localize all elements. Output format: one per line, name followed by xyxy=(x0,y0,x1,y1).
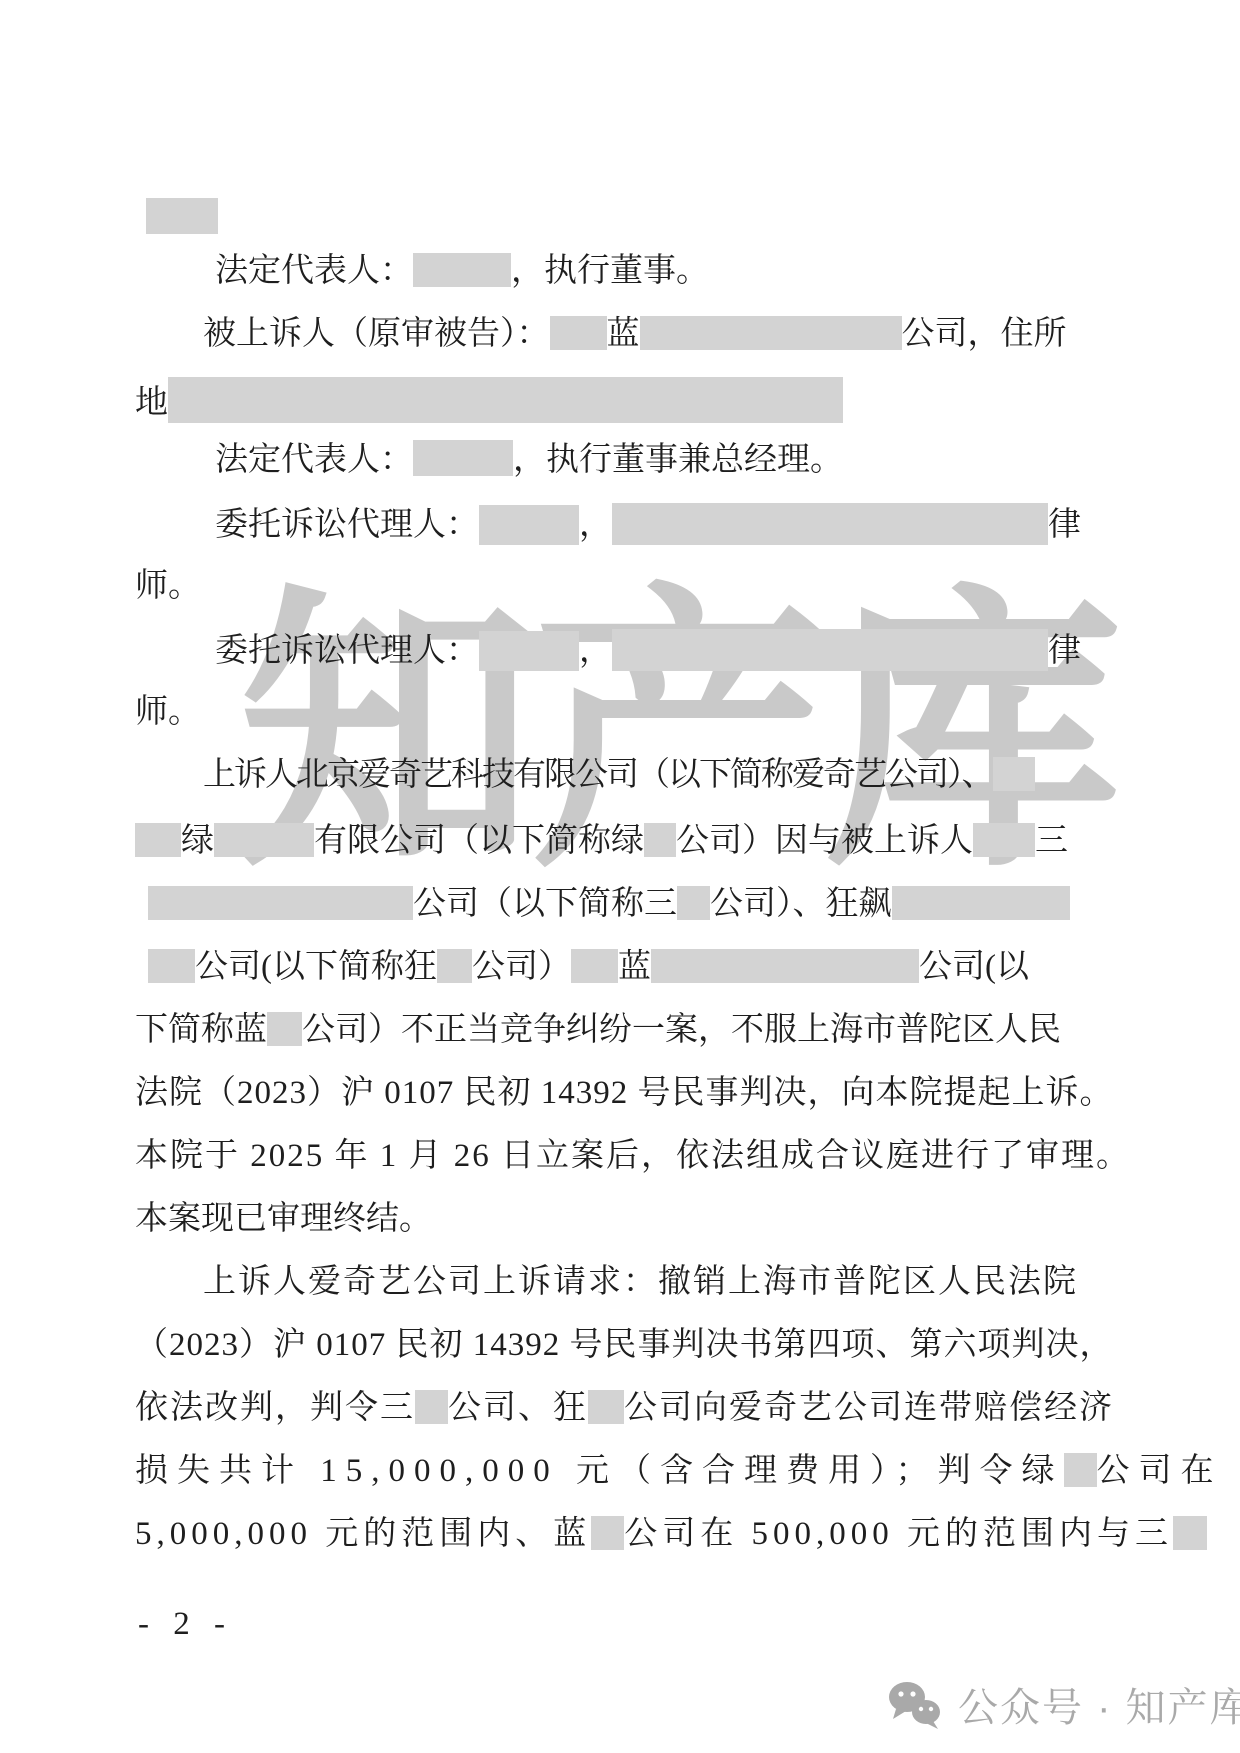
text-line: 公司（以下简称三公司）、狂飙 xyxy=(148,884,1070,924)
redaction-block xyxy=(644,823,676,857)
text-run: 师。 xyxy=(135,568,201,604)
text-line: 法定代表人：，执行董事。 xyxy=(215,251,709,291)
redaction-block xyxy=(1173,1516,1207,1550)
text-run: ，执行董事兼总经理。 xyxy=(513,442,843,478)
redaction-block xyxy=(267,1012,302,1046)
redaction-block xyxy=(1064,1453,1097,1487)
text-line: 被上诉人（原审被告）：蓝公司，住所 xyxy=(203,314,1067,354)
redaction-block xyxy=(413,440,513,476)
text-run: 律 xyxy=(1048,507,1081,543)
text-run: 公司向爱奇艺公司连带赔偿经济 xyxy=(624,1390,1114,1426)
text-run: 下简称蓝 xyxy=(135,1012,267,1048)
redaction-block xyxy=(415,1390,448,1424)
text-run: 公司在 xyxy=(1097,1453,1223,1489)
redaction-block xyxy=(588,1390,624,1424)
text-line: 委托诉讼代理人：，律 xyxy=(215,629,1081,671)
text-run: 有限公司（以下简称绿 xyxy=(314,823,644,859)
text-run: 公司（以下简称三 xyxy=(413,886,677,922)
text-line: 本院于 2025 年 1 月 26 日立案后，依法组成合议庭进行了审理。 xyxy=(135,1136,1131,1176)
text-line: 上诉人北京爱奇艺科技有限公司（以下简称爱奇艺公司）、 xyxy=(203,755,1035,795)
text-run: 法定代表人： xyxy=(215,442,413,478)
text-line: 师。 xyxy=(135,692,201,732)
text-run: 委托诉讼代理人： xyxy=(215,507,479,543)
text-line: 师。 xyxy=(135,566,201,606)
text-run: （2023）沪 0107 民初 14392 号民事判决书第四项、第六项判决， xyxy=(135,1327,1114,1363)
text-run: 律 xyxy=(1048,633,1081,669)
text-run: 依法改判，判令三 xyxy=(135,1390,415,1426)
redaction-block xyxy=(640,316,902,350)
text-run: 公司）不正当竞争纠纷一案，不服上海市普陀区人民 xyxy=(302,1012,1061,1048)
text-run: 绿 xyxy=(181,823,214,859)
text-run: 三 xyxy=(1035,823,1068,859)
text-run: 公司，住所 xyxy=(902,316,1067,352)
redaction-block xyxy=(168,377,843,423)
text-run: 上诉人爱奇艺公司上诉请求：撤销上海市普陀区人民法院 xyxy=(203,1264,1078,1300)
redaction-block xyxy=(612,503,1048,545)
text-line: 依法改判，判令三公司、狂公司向爱奇艺公司连带赔偿经济 xyxy=(135,1388,1114,1428)
text-run: 法院（2023）沪 0107 民初 14392 号民事判决，向本院提起上诉。 xyxy=(135,1075,1114,1111)
text-run: ，执行董事。 xyxy=(511,253,709,289)
redaction-block xyxy=(146,198,218,234)
text-run: 委托诉讼代理人： xyxy=(215,633,479,669)
redaction-block xyxy=(135,823,181,857)
text-line: （2023）沪 0107 民初 14392 号民事判决书第四项、第六项判决， xyxy=(135,1325,1114,1365)
footer-brand: 公众号 · 知产库 xyxy=(886,1676,1240,1733)
redaction-block xyxy=(479,505,579,545)
text-run: 公司在 500,000 元的范围内与三 xyxy=(624,1516,1173,1552)
redaction-block xyxy=(571,949,618,983)
text-line: 下简称蓝公司）不正当竞争纠纷一案，不服上海市普陀区人民 xyxy=(135,1010,1061,1050)
text-line: 本案现已审理终结。 xyxy=(135,1199,432,1239)
footer-brand-label: 公众号 · 知产库 xyxy=(958,1676,1240,1733)
redaction-block xyxy=(973,823,1035,857)
page-number: - 2 - xyxy=(138,1606,233,1643)
text-line: 损失共计 15,000,000 元（含合理费用）；判令绿公司在 xyxy=(135,1451,1223,1491)
text-run: 法定代表人： xyxy=(215,253,413,289)
text-line: 公司(以下简称狂公司）蓝公司(以 xyxy=(148,947,1029,987)
redaction-block xyxy=(479,631,579,671)
redaction-block xyxy=(993,757,1035,791)
text-line: 法定代表人：，执行董事兼总经理。 xyxy=(215,440,843,480)
text-run: 公司） xyxy=(472,949,571,985)
text-run: 公司(以 xyxy=(919,949,1029,985)
text-run: 本案现已审理终结。 xyxy=(135,1201,432,1237)
redaction-block xyxy=(148,886,413,920)
text-run: ， xyxy=(579,507,612,543)
text-run: 公司、狂 xyxy=(448,1390,588,1426)
redaction-block xyxy=(591,1516,624,1550)
text-line: 绿有限公司（以下简称绿公司）因与被上诉人三 xyxy=(135,821,1068,861)
redaction-block xyxy=(214,823,314,857)
redaction-block xyxy=(892,886,1070,920)
text-line: 上诉人爱奇艺公司上诉请求：撤销上海市普陀区人民法院 xyxy=(203,1262,1078,1302)
redaction-block xyxy=(612,629,1048,671)
text-line: 地 xyxy=(135,377,843,423)
text-run: 公司(以下简称狂 xyxy=(195,949,437,985)
wechat-icon xyxy=(886,1680,944,1730)
text-line: 5,000,000 元的范围内、蓝公司在 500,000 元的范围内与三 xyxy=(135,1514,1207,1554)
redaction-block xyxy=(437,949,472,983)
text-run: 本院于 2025 年 1 月 26 日立案后，依法组成合议庭进行了审理。 xyxy=(135,1138,1131,1174)
text-line: 委托诉讼代理人：，律 xyxy=(215,503,1081,545)
redaction-block xyxy=(148,949,195,983)
text-run: 师。 xyxy=(135,694,201,730)
text-run: 损失共计 15,000,000 元（含合理费用）；判令绿 xyxy=(135,1453,1064,1489)
redaction-block xyxy=(651,949,919,983)
text-run: ， xyxy=(579,633,612,669)
text-run: 蓝 xyxy=(607,316,640,352)
redaction-block xyxy=(413,253,511,287)
redaction-block xyxy=(550,316,607,350)
text-run: 公司）、狂飙 xyxy=(710,886,892,922)
text-run: 地 xyxy=(135,385,168,421)
text-line: 法院（2023）沪 0107 民初 14392 号民事判决，向本院提起上诉。 xyxy=(135,1073,1114,1113)
text-line xyxy=(146,198,218,238)
document-page: 知产库 法定代表人：，执行董事。被上诉人（原审被告）：蓝公司，住所地法定代表人：… xyxy=(0,0,1240,1753)
text-run: 被上诉人（原审被告）： xyxy=(203,316,550,352)
text-run: 5,000,000 元的范围内、蓝 xyxy=(135,1516,591,1552)
text-run: 蓝 xyxy=(618,949,651,985)
text-run: 公司）因与被上诉人 xyxy=(676,823,973,859)
redaction-block xyxy=(677,886,710,920)
text-run: 上诉人北京爱奇艺科技有限公司（以下简称爱奇艺公司）、 xyxy=(203,757,993,793)
